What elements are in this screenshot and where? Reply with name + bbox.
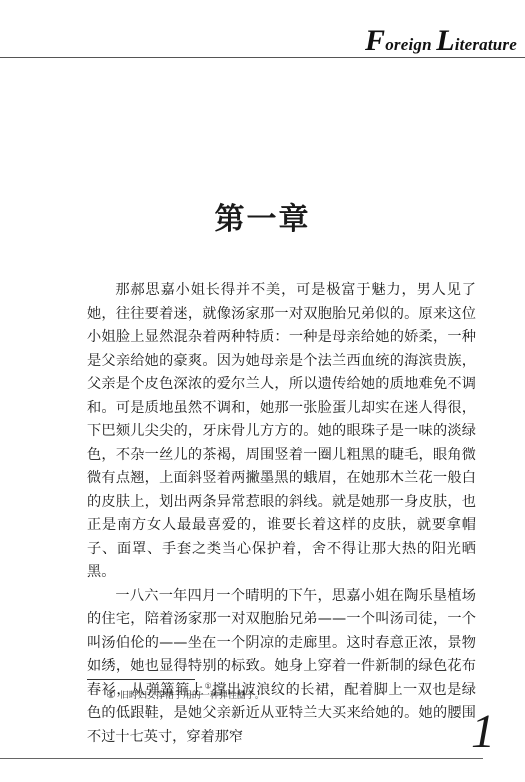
header-text-1: oreign xyxy=(385,35,436,54)
footnote-text: 旧时妇女撑裙子用的一种弹性圈子。 xyxy=(120,691,264,701)
header-text-2: iterature xyxy=(455,35,517,54)
footnote-marker: ① xyxy=(106,688,116,701)
header-rule xyxy=(0,57,525,58)
header-cap-f: F xyxy=(365,24,385,57)
paragraph-1: 那郝思嘉小姐长得并不美，可是极富于魅力，男人见了她，往往要着迷，就像汤家那一对双… xyxy=(87,279,476,585)
footer-rule xyxy=(0,758,483,759)
header-cap-l: L xyxy=(436,24,455,57)
chapter-title: 第一章 xyxy=(0,194,525,238)
footnote: ①旧时妇女撑裙子用的一种弹性圈子。 xyxy=(106,688,264,701)
page-number: 1 xyxy=(471,708,495,756)
footnote-rule xyxy=(87,679,195,680)
paragraph-2: 一八六一年四月一个晴明的下午，思嘉小姐在陶乐垦植场的住宅，陪着汤家那一对双胞胎兄… xyxy=(87,585,476,750)
running-header-title: Foreign Literature xyxy=(359,26,517,56)
